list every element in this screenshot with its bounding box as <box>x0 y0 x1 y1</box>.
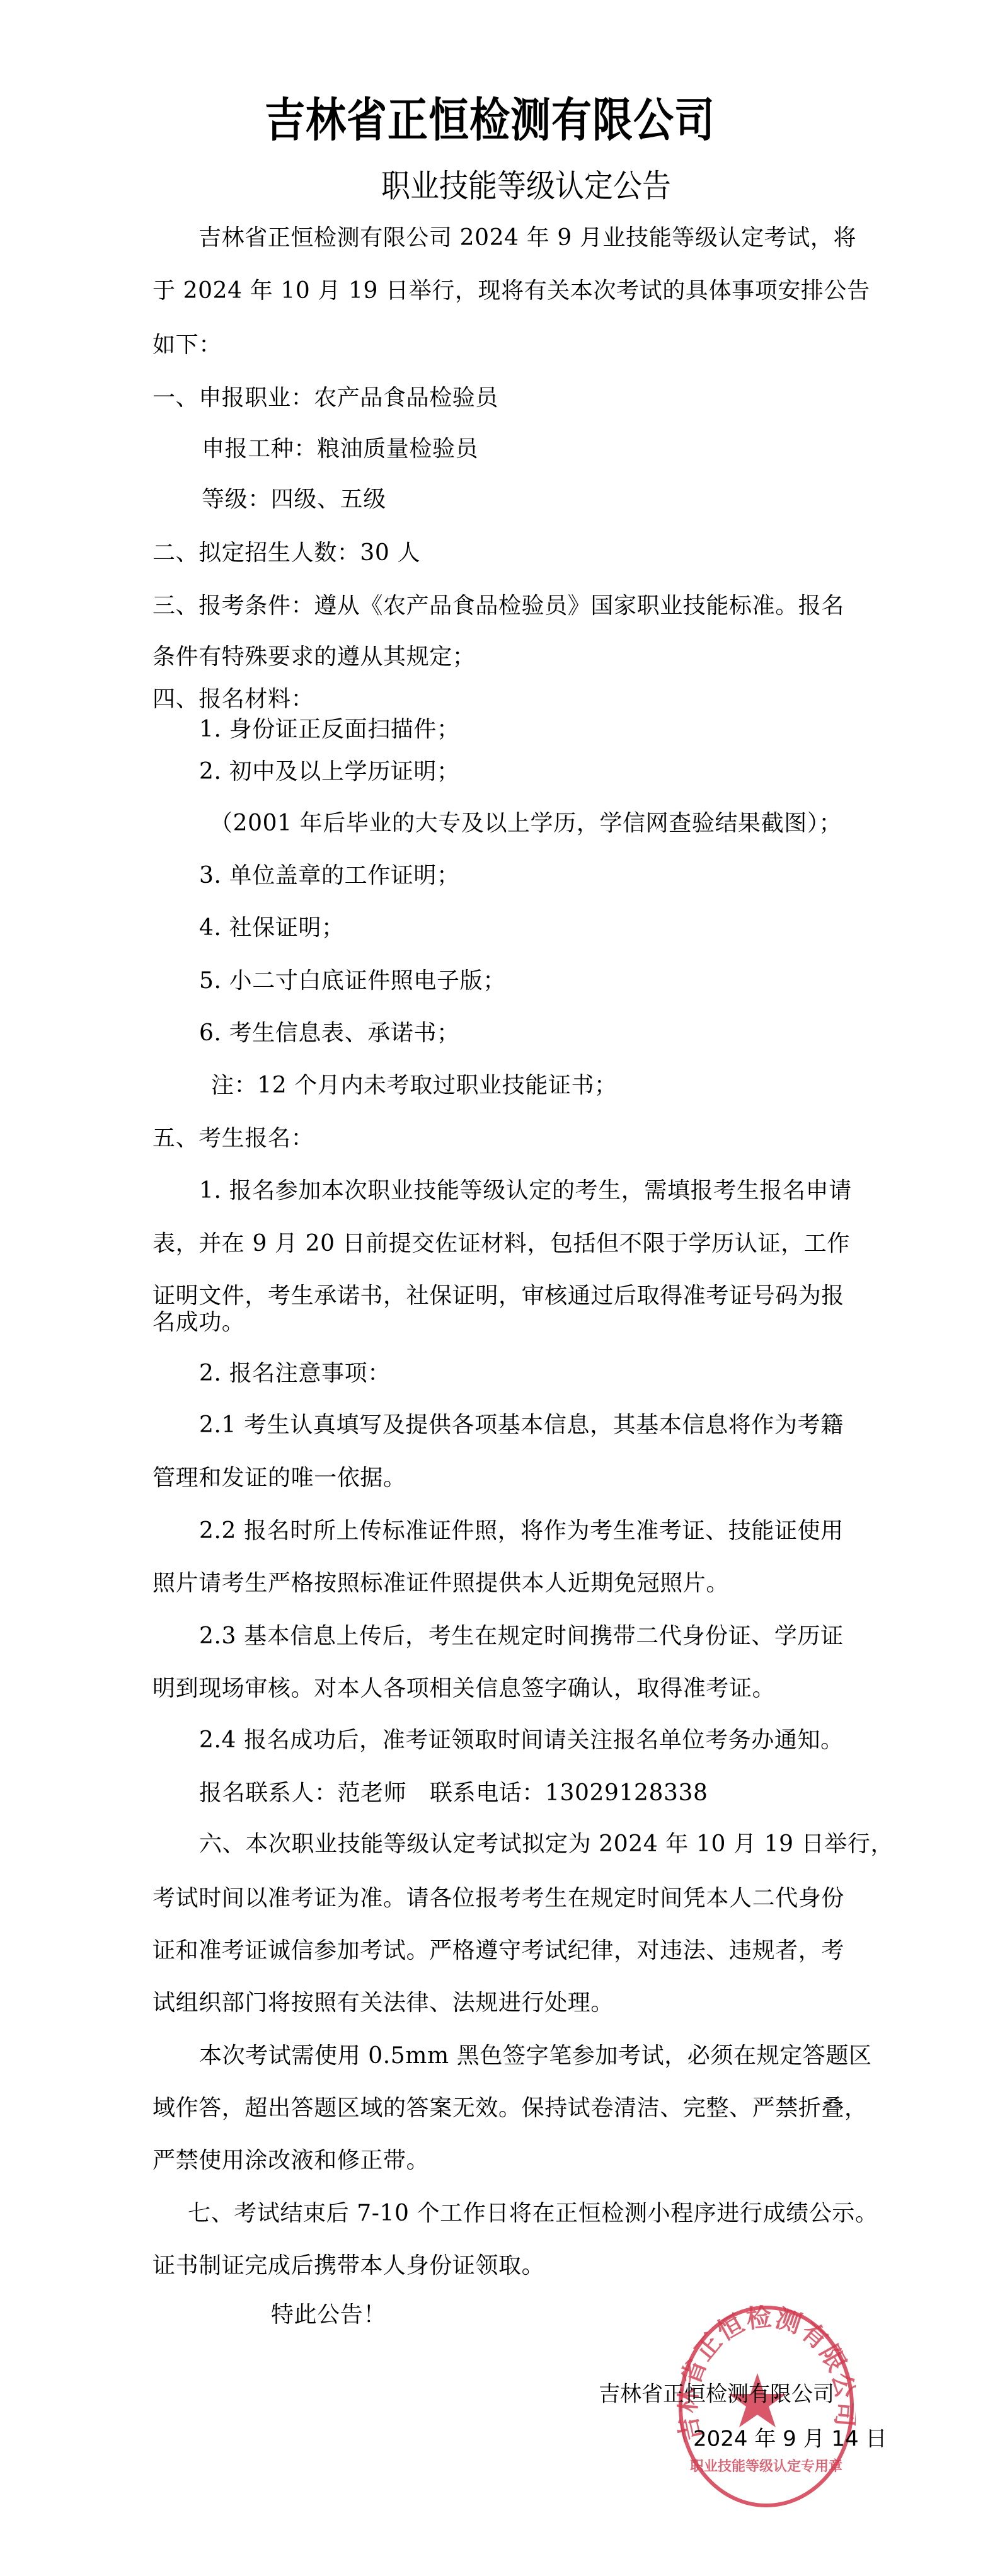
body-line: 证明文件，考生承诺书，社保证明，审核通过后取得准考证号码为报 <box>152 1285 844 1308</box>
body-line: 1. 报名参加本次职业技能等级认定的考生，需填报考生报名申请 <box>199 1180 852 1202</box>
body-line: 2.4 报名成功后，准考证领取时间请关注报名单位考务办通知。 <box>199 1729 844 1752</box>
body-line: 4. 社保证明； <box>199 917 345 940</box>
body-line: 注：12 个月内未考取过职业技能证书； <box>211 1074 618 1097</box>
body-line: 证和准考证诚信参加考试。严格遵守考试纪律，对违法、违规者，考 <box>152 1940 844 1962</box>
announcement-subtitle: 职业技能等级认定公告 <box>381 170 671 202</box>
body-line: 于 2024 年 10 月 19 日举行，现将有关本次考试的具体事项安排公告 <box>152 280 870 302</box>
body-line: 2.2 报名时所上传标准证件照，将作为考生准考证、技能证使用 <box>199 1520 844 1543</box>
body-line: 考试时间以准考证为准。请各位报考考生在规定时间凭本人二代身份 <box>152 1887 844 1910</box>
body-line: 3. 单位盖章的工作证明； <box>199 865 460 887</box>
body-line: 吉林省正恒检测有限公司 2024 年 9 月业技能等级认定考试，将 <box>198 227 856 250</box>
body-line: 四、报名材料： <box>152 688 314 711</box>
body-line: 6. 考生信息表、承诺书； <box>199 1022 460 1045</box>
body-line: 表，并在 9 月 20 日前提交佐证材料，包括但不限于学历认证，工作 <box>152 1233 850 1255</box>
body-line: 证书制证完成后携带本人身份证领取。 <box>152 2255 544 2277</box>
body-line: 5. 小二寸白底证件照电子版； <box>199 970 506 992</box>
body-line: 照片请考生严格按照标准证件照提供本人近期免冠照片。 <box>152 1572 729 1595</box>
body-line: 等级：四级、五级 <box>202 488 386 511</box>
body-line: 五、考生报名： <box>152 1127 314 1150</box>
signature-company: 吉林省正恒检测有限公司 <box>599 2377 834 2408</box>
stamp-inner-text: 职业技能等级认定专用章 <box>690 2458 842 2475</box>
body-line: 2.1 考生认真填写及提供各项基本信息，其基本信息将作为考籍 <box>199 1414 844 1437</box>
body-line: 七、考试结束后 7-10 个工作日将在正恒检测小程序进行成绩公示。 <box>188 2202 878 2225</box>
body-line: 申报工种：粮油质量检验员 <box>202 438 478 461</box>
body-line: 明到现场审核。对本人各项相关信息签字确认，取得准考证。 <box>152 1677 775 1700</box>
body-line: 管理和发证的唯一依据。 <box>152 1467 406 1490</box>
body-line: 2.3 基本信息上传后，考生在规定时间携带二代身份证、学历证 <box>199 1625 844 1648</box>
body-line: （2001 年后毕业的大专及以上学历，学信网查验结果截图）； <box>210 812 842 835</box>
body-line: 试组织部门将按照有关法律、法规进行处理。 <box>152 1992 614 2015</box>
body-line: 2. 报名注意事项： <box>199 1362 391 1385</box>
body-line: 二、拟定招生人数：30 人 <box>152 542 420 565</box>
body-line: 严禁使用涂改液和修正带。 <box>152 2149 429 2172</box>
company-title: 吉林省正恒检测有限公司 <box>265 98 715 144</box>
body-line: 如下： <box>152 334 222 357</box>
body-line: 特此公告！ <box>271 2304 386 2326</box>
body-line: 一、申报职业：农产品食品检验员 <box>152 387 498 410</box>
body-line: 1. 身份证正反面扫描件； <box>199 718 460 741</box>
body-line: 三、报考条件：遵从《农产品食品检验员》国家职业技能标准。报名 <box>152 595 844 618</box>
body-line: 本次考试需使用 0.5mm 黑色签字笔参加考试，必须在规定答题区 <box>199 2045 872 2067</box>
body-line: 六、本次职业技能等级认定考试拟定为 2024 年 10 月 19 日举行， <box>199 1833 894 1856</box>
body-line: 2. 初中及以上学历证明； <box>199 761 460 783</box>
body-line: 名成功。 <box>152 1311 244 1334</box>
signature-date: 2024 年 9 月 14 日 <box>693 2422 887 2452</box>
body-line: 报名联系人：范老师 联系电话：13029128338 <box>199 1782 708 1805</box>
body-line: 域作答，超出答题区域的答案无效。保持试卷清洁、完整、严禁折叠， <box>152 2097 868 2120</box>
body-line: 条件有特殊要求的遵从其规定； <box>152 646 475 669</box>
